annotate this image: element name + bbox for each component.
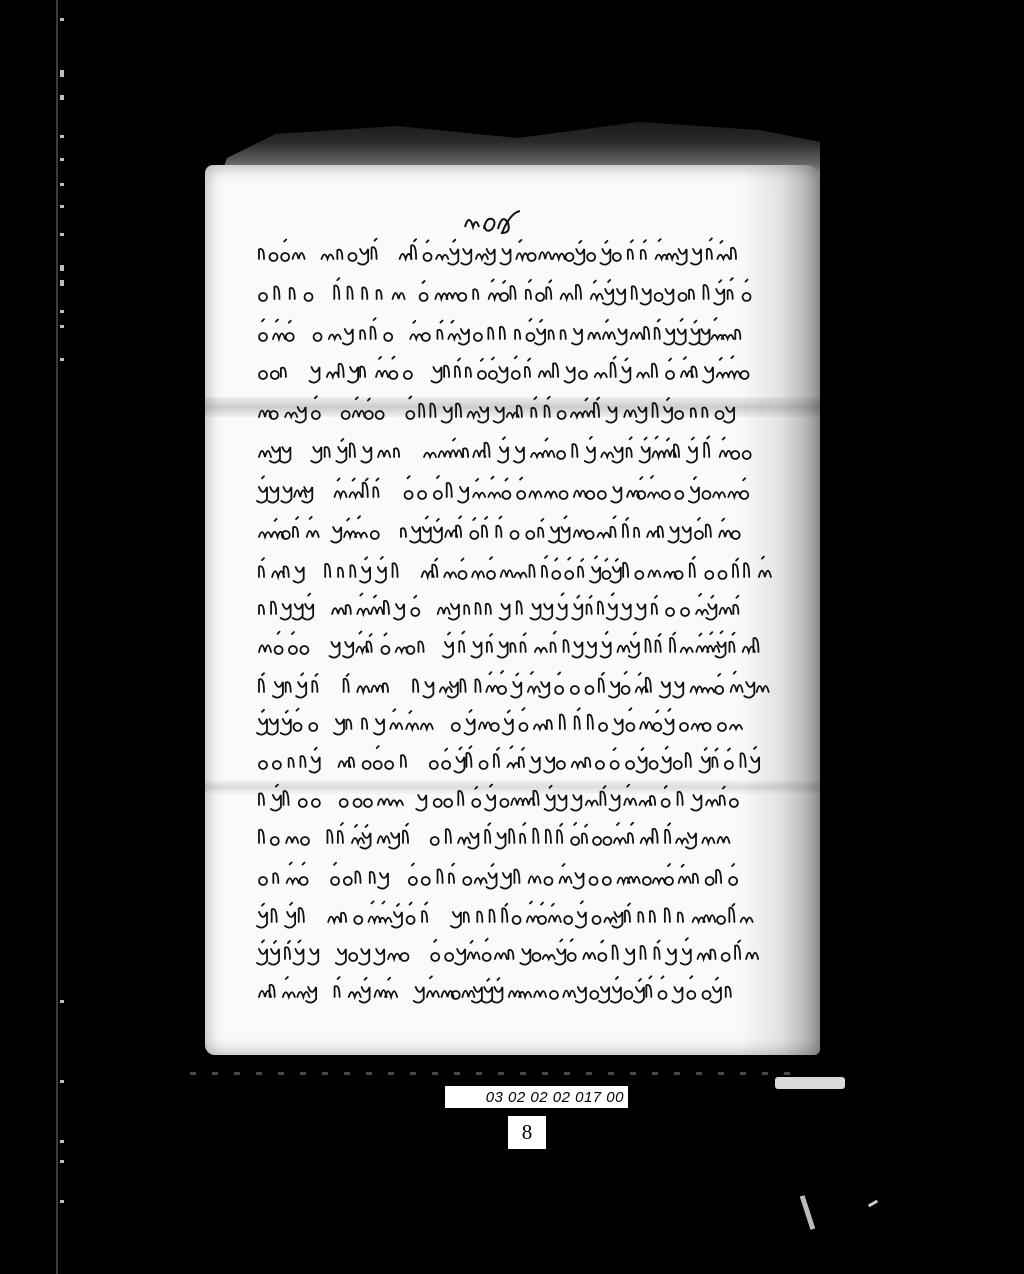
film-tick-mark <box>60 310 64 313</box>
film-tick-mark <box>60 1000 64 1003</box>
film-tick-mark <box>60 1140 64 1143</box>
film-edge-line <box>56 0 58 1274</box>
film-tick-mark <box>60 74 64 77</box>
script-line <box>253 935 775 975</box>
film-tick-mark <box>60 1160 64 1163</box>
scrap-bottom-right-2 <box>868 1200 878 1208</box>
film-tick-mark <box>60 325 64 328</box>
scrap-bottom-right-1 <box>800 1195 816 1230</box>
film-tick-mark <box>60 158 64 161</box>
script-line <box>253 898 764 938</box>
page-number-text: 8 <box>522 1120 533 1145</box>
manuscript-heading <box>460 203 560 237</box>
script-line <box>253 668 778 708</box>
scrap-right <box>775 1077 845 1089</box>
script-line <box>253 553 782 593</box>
script-line <box>253 628 774 668</box>
film-tick-mark <box>60 1200 64 1203</box>
script-line <box>253 393 748 433</box>
script-line <box>253 781 762 821</box>
script-line <box>253 513 755 553</box>
manuscript-page <box>205 165 820 1055</box>
archive-id-text: 03 02 02 02 017 00 <box>486 1089 624 1106</box>
script-line <box>253 473 773 513</box>
film-tick-mark <box>60 97 64 100</box>
page-number-label: 8 <box>508 1116 546 1149</box>
film-tick-mark <box>60 233 64 236</box>
script-line <box>253 590 761 630</box>
script-line <box>253 819 745 859</box>
film-tick-mark <box>60 283 64 286</box>
script-line <box>253 235 762 275</box>
film-tick-mark <box>60 18 64 21</box>
script-line <box>253 353 762 393</box>
script-line <box>253 433 767 473</box>
film-strip-dots <box>190 1072 790 1075</box>
script-line <box>253 705 760 745</box>
script-line <box>253 315 762 355</box>
film-tick-mark <box>60 205 64 208</box>
film-tick-mark <box>60 268 64 271</box>
script-line <box>253 743 777 783</box>
film-tick-mark <box>60 358 64 361</box>
script-line <box>253 275 764 315</box>
film-tick-mark <box>60 183 64 186</box>
archive-id-label: 03 02 02 02 017 00 <box>445 1086 628 1108</box>
film-tick-mark <box>60 1080 64 1083</box>
script-line <box>253 973 751 1013</box>
script-line <box>253 859 757 899</box>
film-tick-mark <box>60 135 64 138</box>
